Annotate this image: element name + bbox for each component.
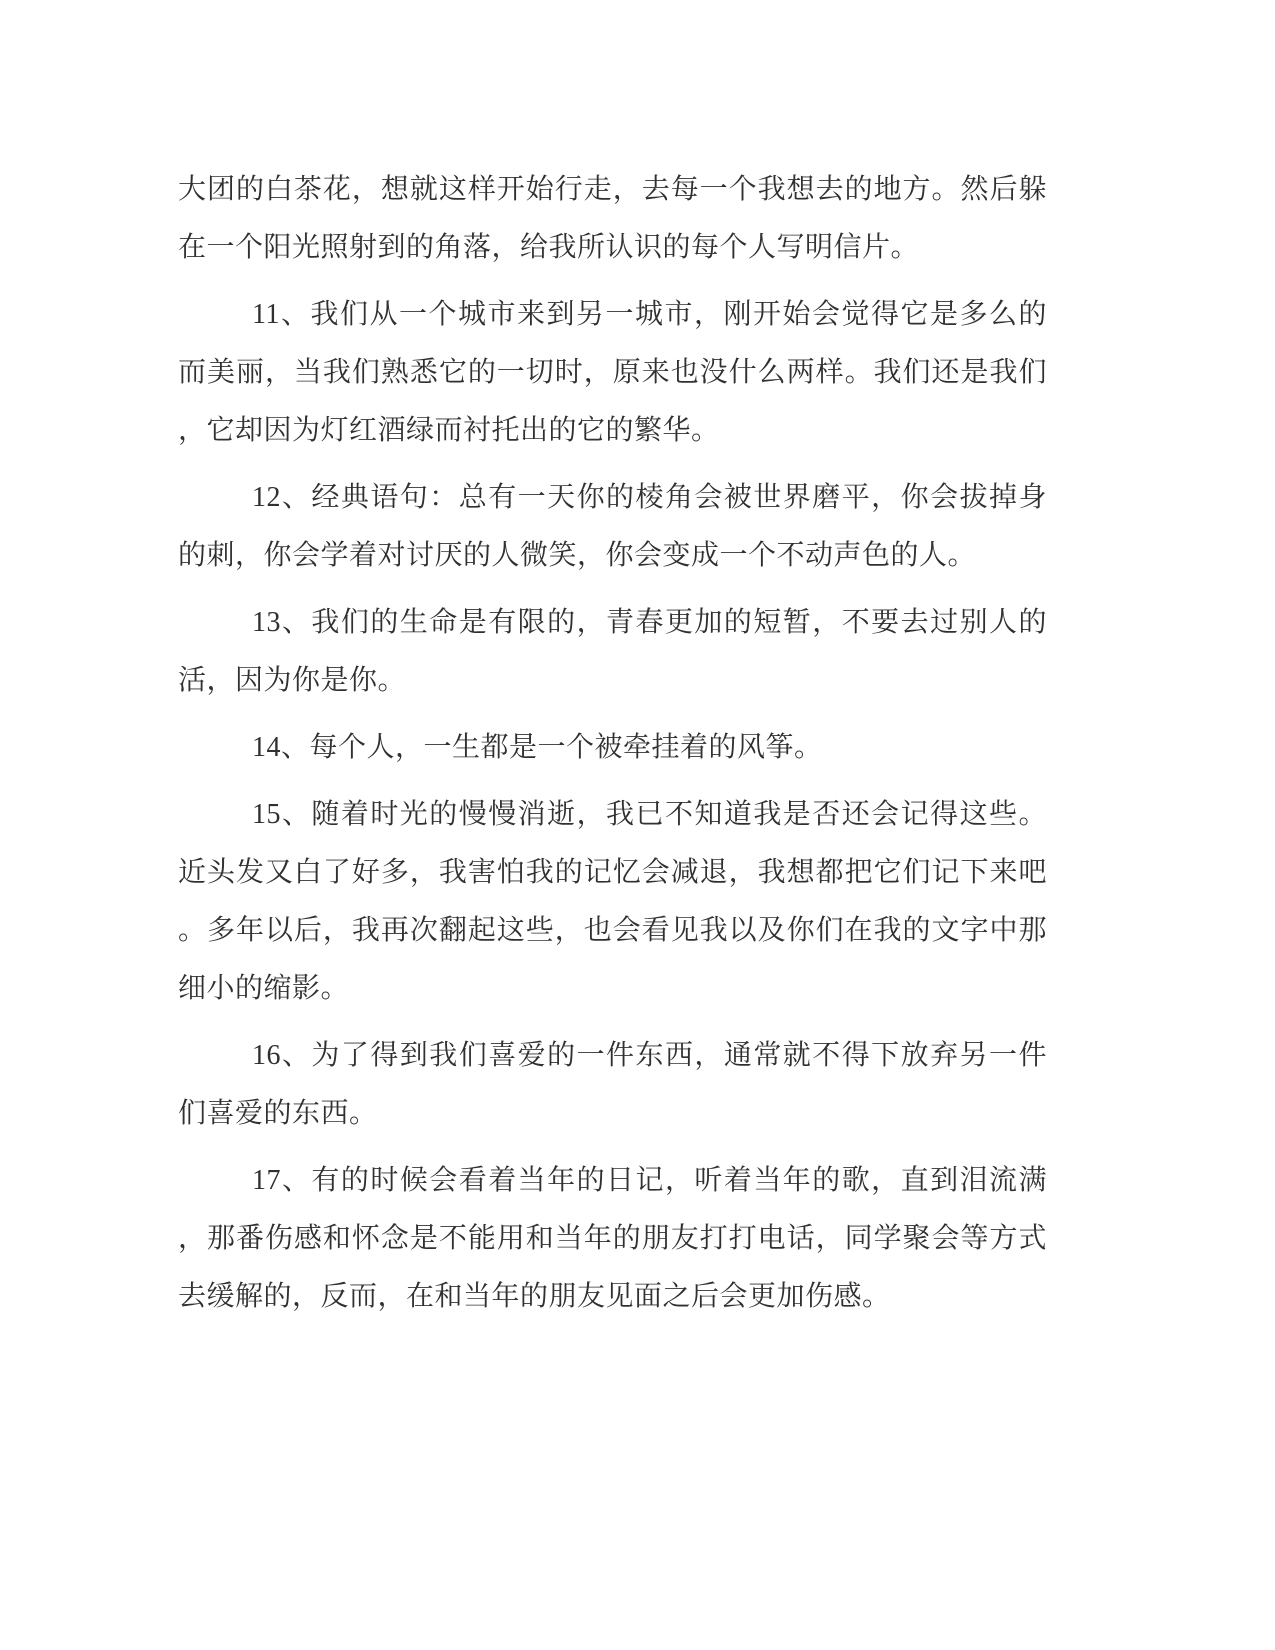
paragraph-item-17: 17、有的时候会看着当年的日记，听着当年的歌，直到泪流满面 ，那番伤感和怀念是不…: [178, 1152, 1047, 1326]
text-line: 而美丽，当我们熟悉它的一切时，原来也没什么两样。我们还是我们: [178, 344, 1047, 402]
text-line: 活，因为你是你。: [178, 652, 1047, 710]
paragraph-item-12: 12、经典语句：总有一天你的棱角会被世界磨平，你会拔掉身上 的刺，你会学着对讨厌…: [178, 469, 1047, 585]
text-line: 细小的缩影。: [178, 960, 1047, 1018]
text-line: 在一个阳光照射到的角落，给我所认识的每个人写明信片。: [178, 219, 1047, 277]
paragraph-item-16: 16、为了得到我们喜爱的一件东西，通常就不得下放弃另一件我 们喜爱的东西。: [178, 1027, 1047, 1143]
text-line: 16、为了得到我们喜爱的一件东西，通常就不得下放弃另一件我: [178, 1027, 1047, 1085]
text-line: 近头发又白了好多，我害怕我的记忆会减退，我想都把它们记下来吧: [178, 844, 1047, 902]
text-body: 大团的白茶花，想就这样开始行走，去每一个我想去的地方。然后躲 在一个阳光照射到的…: [178, 161, 1047, 1335]
text-line: 的刺，你会学着对讨厌的人微笑，你会变成一个不动声色的人。: [178, 527, 1047, 585]
text-line: 17、有的时候会看着当年的日记，听着当年的歌，直到泪流满面: [178, 1152, 1047, 1210]
document-page: 大团的白茶花，想就这样开始行走，去每一个我想去的地方。然后躲 在一个阳光照射到的…: [0, 0, 1275, 1650]
paragraph-item-13: 13、我们的生命是有限的，青春更加的短暂，不要去过别人的生 活，因为你是你。: [178, 594, 1047, 710]
text-line: 14、每个人，一生都是一个被牵挂着的风筝。: [178, 719, 1047, 777]
text-line: ，那番伤感和怀念是不能用和当年的朋友打打电话，同学聚会等方式: [178, 1210, 1047, 1268]
text-line: 15、随着时光的慢慢消逝，我已不知道我是否还会记得这些。最: [178, 786, 1047, 844]
paragraph-continuation: 大团的白茶花，想就这样开始行走，去每一个我想去的地方。然后躲 在一个阳光照射到的…: [178, 161, 1047, 277]
text-line: ，它却因为灯红酒绿而衬托出的它的繁华。: [178, 402, 1047, 460]
text-line: 11、我们从一个城市来到另一城市，刚开始会觉得它是多么的大: [178, 286, 1047, 344]
text-line: 们喜爱的东西。: [178, 1085, 1047, 1143]
text-line: 12、经典语句：总有一天你的棱角会被世界磨平，你会拔掉身上: [178, 469, 1047, 527]
text-line: 13、我们的生命是有限的，青春更加的短暂，不要去过别人的生: [178, 594, 1047, 652]
paragraph-item-14: 14、每个人，一生都是一个被牵挂着的风筝。: [178, 719, 1047, 777]
paragraph-item-11: 11、我们从一个城市来到另一城市，刚开始会觉得它是多么的大 而美丽，当我们熟悉它…: [178, 286, 1047, 460]
text-line: 去缓解的，反而，在和当年的朋友见面之后会更加伤感。: [178, 1268, 1047, 1326]
paragraph-item-15: 15、随着时光的慢慢消逝，我已不知道我是否还会记得这些。最 近头发又白了好多，我…: [178, 786, 1047, 1018]
text-line: 大团的白茶花，想就这样开始行走，去每一个我想去的地方。然后躲: [178, 161, 1047, 219]
text-line: 。多年以后，我再次翻起这些，也会看见我以及你们在我的文字中那: [178, 902, 1047, 960]
